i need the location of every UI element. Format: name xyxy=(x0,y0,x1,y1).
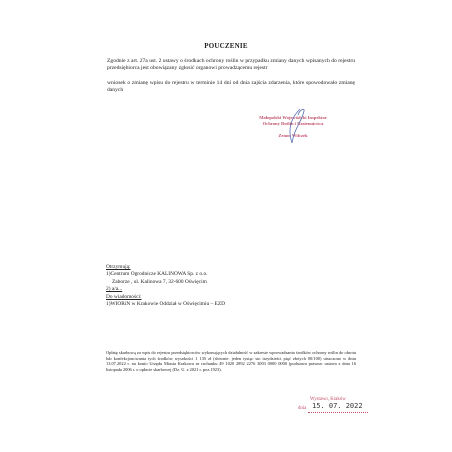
issue-place-date: Wystawo, Kraków dnia 15. 07. 2022 xyxy=(298,397,378,412)
recipients-block: Otrzymują: 1)Centrum Ogrodnicze KALINOWA… xyxy=(106,264,225,308)
recipient-1: 1)Centrum Ogrodnicze KALINOWA Sp. z o.o. xyxy=(106,271,225,278)
recipient-2: 2) a/a... xyxy=(106,286,225,293)
fee-note: Opłatę skarbową za wpis do rejestru prze… xyxy=(106,350,356,372)
document-title: POUCZENIE xyxy=(0,42,452,50)
instruction-paragraph-2: wniosek o zmianę wpisu do rejestru w ter… xyxy=(107,80,355,94)
recipient-1-address: Zaborze , ul. Kalinowa 7, 32-600 Oświęci… xyxy=(106,279,225,286)
issue-date-prefix: dnia xyxy=(298,406,306,411)
notify-header: Do wiadomości: xyxy=(106,294,225,301)
notify-1: 1)WIORiN w Krakowie Oddział w Oświęcimiu… xyxy=(106,301,225,308)
official-stamp: Małopolski Wojewódzki Inspektor Ochrony … xyxy=(238,115,348,139)
issue-date: 15. 07. 2022 xyxy=(312,402,363,410)
instruction-paragraph-1: Zgodnie z art. 27a ust. 2 ustawy o środk… xyxy=(107,58,355,72)
signature-icon xyxy=(280,107,310,147)
